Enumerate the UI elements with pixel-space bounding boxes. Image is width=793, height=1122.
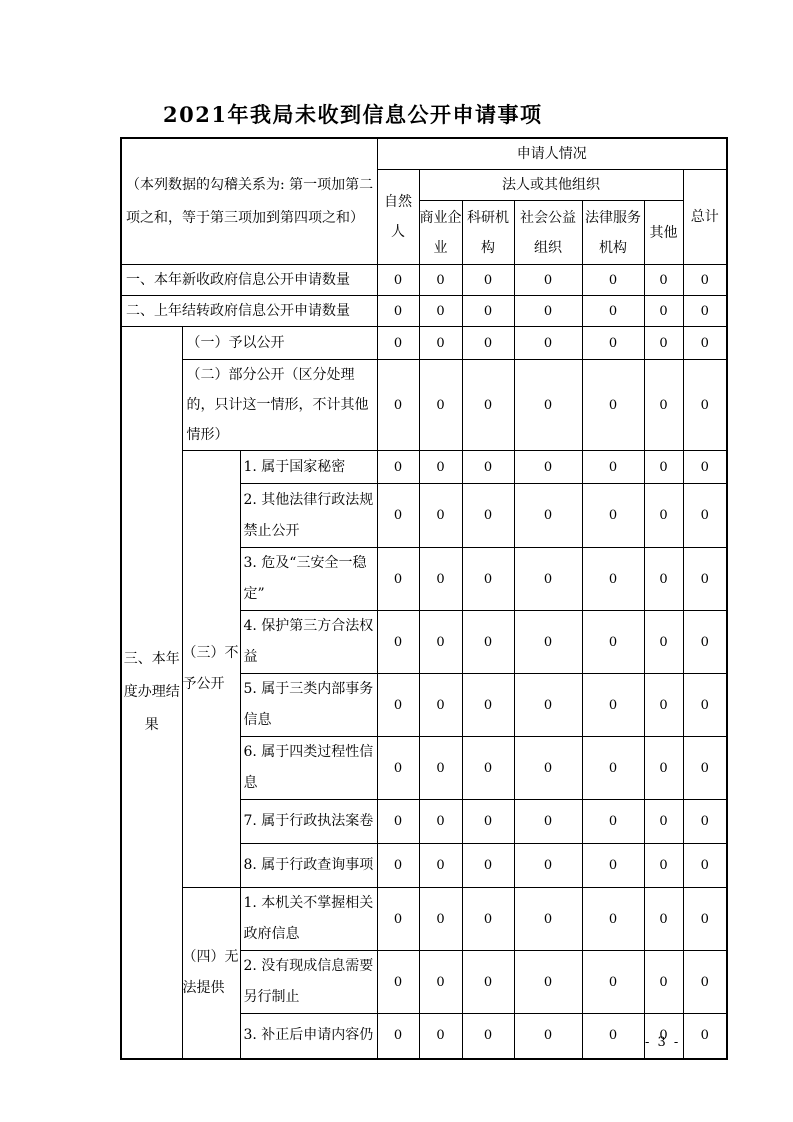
- header-total: 总计: [683, 170, 727, 265]
- value-cell: 0: [582, 296, 644, 327]
- value-cell: 0: [582, 951, 644, 1014]
- value-cell: 0: [683, 1014, 727, 1059]
- value-cell: 0: [419, 737, 462, 800]
- group-label-unable-to-provide: （四）无法提供: [182, 888, 240, 1059]
- value-cell: 0: [419, 674, 462, 737]
- value-cell: 0: [377, 951, 419, 1014]
- value-cell: 0: [683, 265, 727, 296]
- value-cell: 0: [514, 737, 582, 800]
- table-row: 二、上年结转政府信息公开申请数量 0000000: [121, 296, 727, 327]
- value-cell: 0: [644, 737, 683, 800]
- value-cell: 0: [683, 451, 727, 484]
- value-cell: 0: [582, 844, 644, 888]
- value-cell: 0: [462, 737, 514, 800]
- row-label-law-forbidden: 2. 其他法律行政法规禁止公开: [240, 484, 377, 548]
- value-cell: 0: [377, 737, 419, 800]
- value-cell: 0: [462, 296, 514, 327]
- row-label-info-not-held: 1. 本机关不掌握相关政府信息: [240, 888, 377, 951]
- value-cell: 0: [462, 844, 514, 888]
- value-cell: 0: [419, 548, 462, 611]
- table-row: （本列数据的勾稽关系为: 第一项加第二项之和，等于第三项加到第四项之和） 申请人…: [121, 138, 727, 170]
- value-cell: 0: [644, 844, 683, 888]
- header-natural-person: 自然人: [377, 170, 419, 265]
- value-cell: 0: [582, 674, 644, 737]
- value-cell: 0: [582, 611, 644, 674]
- value-cell: 0: [419, 611, 462, 674]
- value-cell: 0: [683, 800, 727, 844]
- row-label-new-applications: 一、本年新收政府信息公开申请数量: [121, 265, 377, 296]
- row-label-internal-affairs-info: 5. 属于三类内部事务信息: [240, 674, 377, 737]
- value-cell: 0: [683, 951, 727, 1014]
- value-cell: 0: [419, 800, 462, 844]
- value-cell: 0: [419, 951, 462, 1014]
- value-cell: 0: [683, 611, 727, 674]
- value-cell: 0: [377, 800, 419, 844]
- value-cell: 0: [377, 484, 419, 548]
- value-cell: 0: [514, 888, 582, 951]
- value-cell: 0: [377, 451, 419, 484]
- value-cell: 0: [644, 327, 683, 360]
- value-cell: 0: [683, 484, 727, 548]
- value-cell: 0: [514, 360, 582, 451]
- value-cell: 0: [683, 296, 727, 327]
- value-cell: 0: [419, 888, 462, 951]
- value-cell: 0: [377, 265, 419, 296]
- value-cell: 0: [462, 611, 514, 674]
- header-other: 其他: [644, 201, 683, 265]
- document-page: 2021年我局未收到信息公开申请事项 （本列数据的勾稽关系为: 第一项加第二项之…: [0, 0, 793, 1122]
- value-cell: 0: [582, 800, 644, 844]
- row-label-process-info: 6. 属于四类过程性信息: [240, 737, 377, 800]
- table-row: 三、本年度办理结果 （一）予以公开 0000000: [121, 327, 727, 360]
- value-cell: 0: [462, 360, 514, 451]
- page-title: 2021年我局未收到信息公开申请事项: [163, 99, 542, 129]
- header-research-institution: 科研机构: [462, 201, 514, 265]
- value-cell: 0: [377, 327, 419, 360]
- header-social-welfare-org: 社会公益组织: [514, 201, 582, 265]
- value-cell: 0: [377, 548, 419, 611]
- value-cell: 0: [377, 360, 419, 451]
- value-cell: 0: [514, 296, 582, 327]
- value-cell: 0: [644, 888, 683, 951]
- row-label-carried-over-applications: 二、上年结转政府信息公开申请数量: [121, 296, 377, 327]
- value-cell: 0: [419, 265, 462, 296]
- value-cell: 0: [514, 548, 582, 611]
- value-cell: 0: [514, 611, 582, 674]
- value-cell: 0: [644, 548, 683, 611]
- row-label-granted-disclosure: （一）予以公开: [182, 327, 377, 360]
- value-cell: 0: [514, 327, 582, 360]
- value-cell: 0: [644, 800, 683, 844]
- table-row: （四）无法提供 1. 本机关不掌握相关政府信息 0000000: [121, 888, 727, 951]
- value-cell: 0: [462, 888, 514, 951]
- value-cell: 0: [644, 451, 683, 484]
- value-cell: 0: [514, 951, 582, 1014]
- value-cell: 0: [377, 611, 419, 674]
- page-number: - 3 -: [645, 1035, 680, 1050]
- value-cell: 0: [582, 1014, 644, 1059]
- value-cell: 0: [377, 888, 419, 951]
- row-label-administrative-inquiry: 8. 属于行政查询事项: [240, 844, 377, 888]
- value-cell: 0: [644, 951, 683, 1014]
- value-cell: 0: [462, 548, 514, 611]
- row-label-partial-disclosure: （二）部分公开（区分处理的，只计这一情形，不计其他情形）: [182, 360, 377, 451]
- value-cell: 0: [514, 484, 582, 548]
- value-cell: 0: [582, 451, 644, 484]
- value-cell: 0: [462, 265, 514, 296]
- value-cell: 0: [377, 1014, 419, 1059]
- value-cell: 0: [462, 951, 514, 1014]
- value-cell: 0: [644, 296, 683, 327]
- row-label-enforcement-files: 7. 属于行政执法案卷: [240, 800, 377, 844]
- value-cell: 0: [377, 674, 419, 737]
- row-label-after-correction: 3. 补正后申请内容仍: [240, 1014, 377, 1059]
- row-label-third-party-rights: 4. 保护第三方合法权益: [240, 611, 377, 674]
- value-cell: 0: [462, 327, 514, 360]
- value-cell: 0: [514, 1014, 582, 1059]
- value-cell: 0: [644, 360, 683, 451]
- value-cell: 0: [582, 327, 644, 360]
- header-applicant-status: 申请人情况: [377, 138, 727, 170]
- value-cell: 0: [582, 484, 644, 548]
- value-cell: 0: [683, 844, 727, 888]
- value-cell: 0: [644, 265, 683, 296]
- value-cell: 0: [419, 484, 462, 548]
- value-cell: 0: [514, 844, 582, 888]
- value-cell: 0: [582, 360, 644, 451]
- value-cell: 0: [462, 1014, 514, 1059]
- value-cell: 0: [582, 548, 644, 611]
- table-row: （二）部分公开（区分处理的，只计这一情形，不计其他情形） 0000000: [121, 360, 727, 451]
- value-cell: 0: [683, 674, 727, 737]
- header-commercial-enterprise: 商业企业: [419, 201, 462, 265]
- header-legal-service-org: 法律服务机构: [582, 201, 644, 265]
- value-cell: 0: [683, 327, 727, 360]
- value-cell: 0: [582, 265, 644, 296]
- value-cell: 0: [419, 296, 462, 327]
- value-cell: 0: [419, 1014, 462, 1059]
- row-label-state-secret: 1. 属于国家秘密: [240, 451, 377, 484]
- value-cell: 0: [419, 451, 462, 484]
- value-cell: 0: [582, 737, 644, 800]
- value-cell: 0: [644, 484, 683, 548]
- value-cell: 0: [462, 800, 514, 844]
- table-row: （三）不予公开 1. 属于国家秘密 0000000: [121, 451, 727, 484]
- value-cell: 0: [644, 674, 683, 737]
- value-cell: 0: [514, 265, 582, 296]
- value-cell: 0: [683, 548, 727, 611]
- value-cell: 0: [683, 360, 727, 451]
- value-cell: 0: [419, 844, 462, 888]
- value-cell: 0: [419, 327, 462, 360]
- value-cell: 0: [462, 484, 514, 548]
- value-cell: 0: [683, 737, 727, 800]
- group-label-annual-results: 三、本年度办理结果: [121, 327, 182, 1059]
- value-cell: 0: [377, 844, 419, 888]
- header-legal-or-other-org: 法人或其他组织: [419, 170, 683, 201]
- value-cell: 0: [377, 296, 419, 327]
- report-table: （本列数据的勾稽关系为: 第一项加第二项之和，等于第三项加到第四项之和） 申请人…: [120, 137, 728, 1060]
- value-cell: 0: [644, 611, 683, 674]
- row-label-endanger-security: 3. 危及“三安全一稳定”: [240, 548, 377, 611]
- value-cell: 0: [462, 674, 514, 737]
- value-cell: 0: [683, 888, 727, 951]
- row-label-no-existing-info: 2. 没有现成信息需要另行制止: [240, 951, 377, 1014]
- table-row: 一、本年新收政府信息公开申请数量 0000000: [121, 265, 727, 296]
- value-cell: 0: [462, 451, 514, 484]
- value-cell: 0: [582, 888, 644, 951]
- value-cell: 0: [419, 360, 462, 451]
- group-label-not-disclosed: （三）不予公开: [182, 451, 240, 888]
- corner-note: （本列数据的勾稽关系为: 第一项加第二项之和，等于第三项加到第四项之和）: [121, 138, 377, 265]
- value-cell: 0: [514, 674, 582, 737]
- value-cell: 0: [514, 451, 582, 484]
- value-cell: 0: [514, 800, 582, 844]
